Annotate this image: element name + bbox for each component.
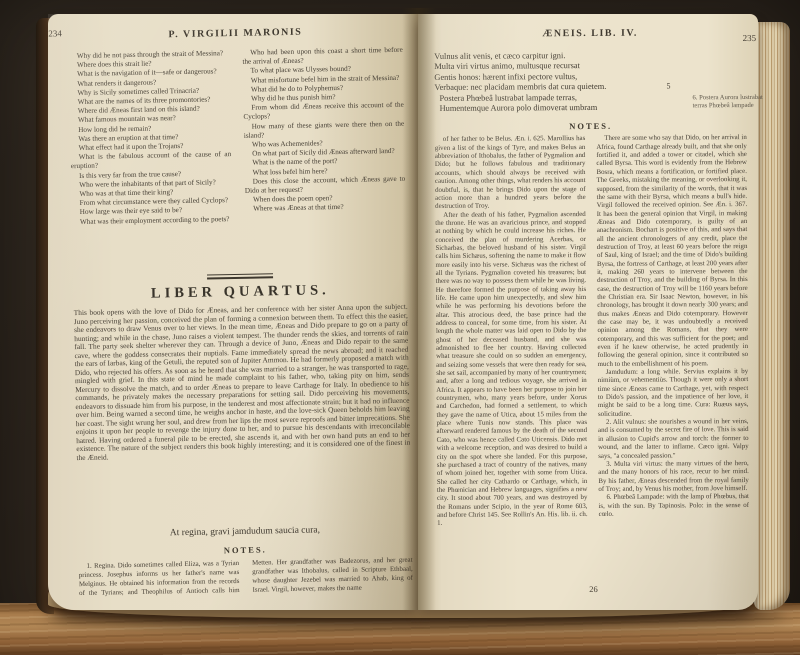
- left-page-number: 234: [48, 28, 62, 38]
- verse-lines: Vulnus alit venis, et cæco carpitur igni…: [434, 50, 696, 114]
- left-notes-columns: 1. Regina. Dido sometimes called Eliza, …: [78, 556, 413, 618]
- book-photograph: P. VIRGILII MARONIS 234 Why did he not p…: [0, 0, 800, 655]
- right-notes-heading: NOTES.: [435, 120, 747, 132]
- note-paragraph: of her father to be Belus. Æn. i. 625. M…: [435, 135, 586, 211]
- verse-line: Humentemque Aurora polo dimoverat umbram: [435, 102, 697, 114]
- latin-opening-line: At regina, gravi jamdudum saucia cura,: [78, 524, 412, 540]
- ordo-margin-note: 6. Postera Aurora lustrabat terras Phœbe…: [692, 94, 778, 111]
- book-four-title: LIBER QUARTUS.: [73, 281, 407, 304]
- note-1-regina: 1. Regina. Dido sometimes called Eliza, …: [78, 556, 413, 598]
- open-book: P. VIRGILII MARONIS 234 Why did he not p…: [40, 8, 790, 624]
- left-running-title: P. VIRGILII MARONIS: [68, 25, 402, 42]
- note-paragraph: 2. Alit vulnus: she nourishes a wound in…: [598, 418, 749, 461]
- verse-line-number: 5: [666, 81, 670, 91]
- right-notes-columns: of her father to be Belus. Æn. i. 625. M…: [435, 134, 750, 582]
- right-page-number: 235: [743, 33, 757, 43]
- right-running-title: ÆNEIS. LIB. IV.: [434, 27, 746, 40]
- book-four-introduction: This book opens with the love of Dido fo…: [74, 303, 412, 521]
- note-paragraph: 6. Phœbeâ Lampade: with the lamp of Phœb…: [598, 493, 749, 519]
- section-divider-rule: [207, 273, 273, 279]
- note-paragraph: There are some who say that Dido, on her…: [596, 134, 748, 369]
- question: Where was Æneas at that time?: [245, 202, 406, 214]
- signature-mark: 26: [437, 583, 749, 595]
- left-notes-heading: NOTES.: [78, 542, 412, 558]
- left-page: P. VIRGILII MARONIS 234 Why did he not p…: [48, 14, 418, 610]
- note-paragraph: After the death of his father, Pygmalion…: [435, 211, 587, 529]
- right-page: ÆNEIS. LIB. IV. 235 5 6. Postera Aurora …: [418, 14, 758, 610]
- review-questions: Why did he not pass through the strait o…: [69, 46, 407, 270]
- latin-verse-block: 5 6. Postera Aurora lustrabat terras Phœ…: [434, 50, 696, 114]
- note-paragraph: Jamdudum: a long while. Servius explains…: [598, 368, 749, 419]
- note-paragraph: 3. Multa viri virtus: the many virtues o…: [598, 460, 749, 494]
